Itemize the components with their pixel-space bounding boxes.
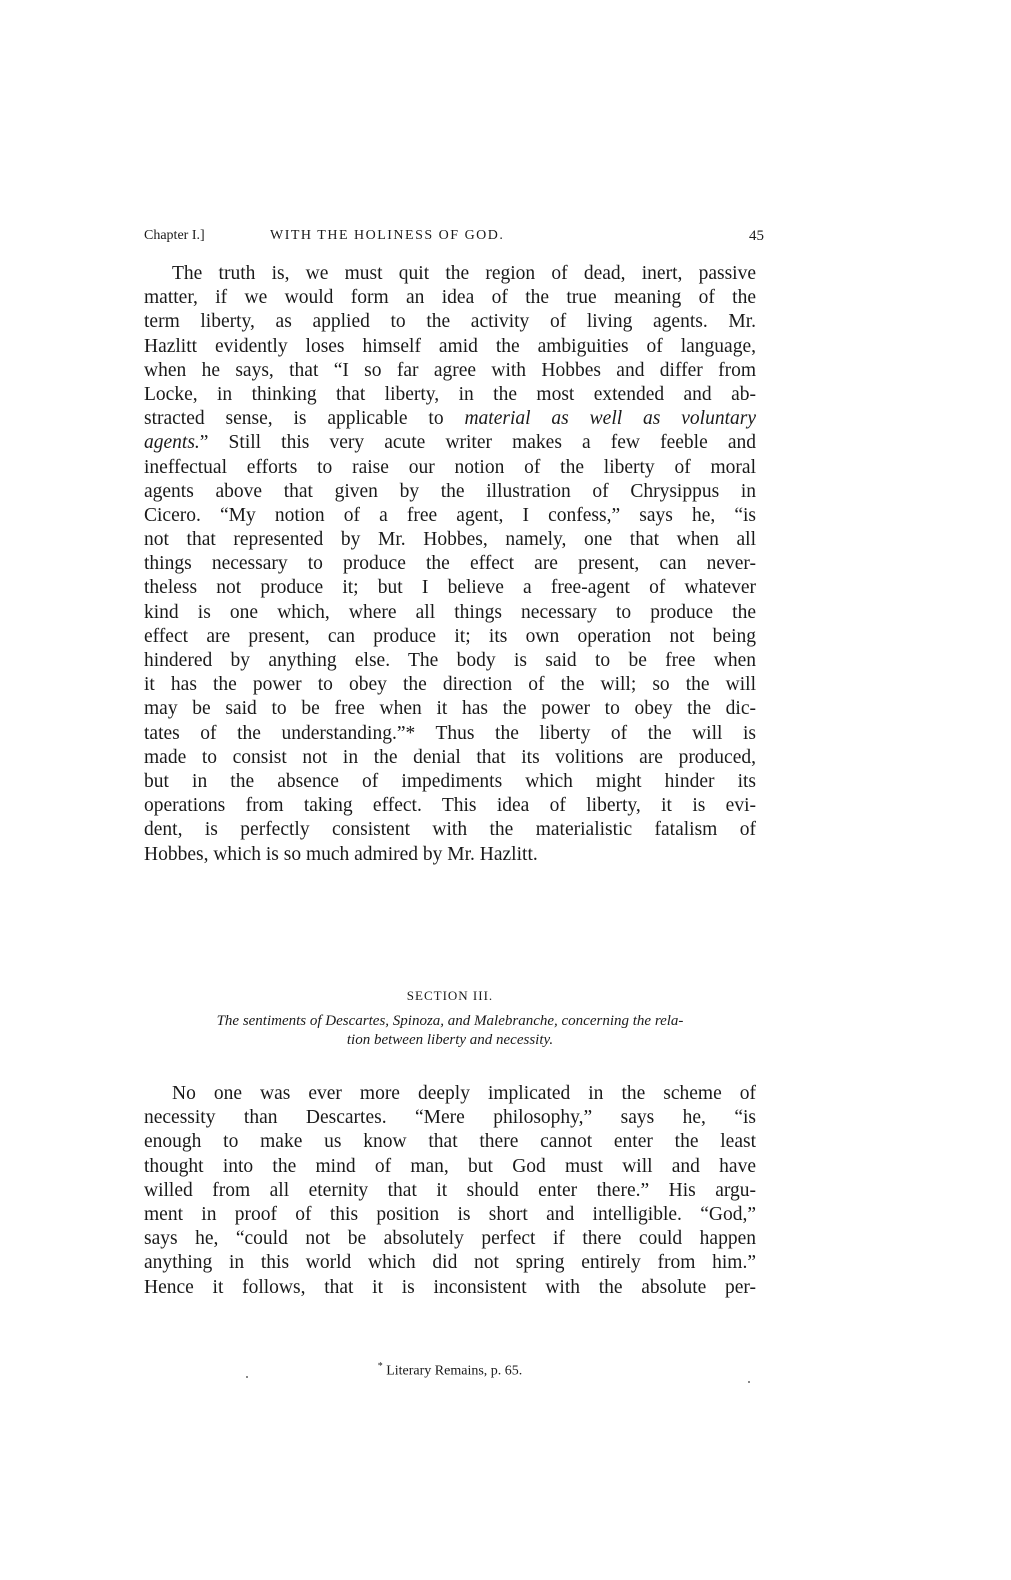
subtitle-line: The sentiments of Descartes, Spinoza, an… <box>144 1012 756 1031</box>
text-line: No one was ever more deeply implicated i… <box>144 1082 756 1106</box>
text-line: not that represented by Mr. Hobbes, name… <box>144 528 756 552</box>
text-line: things necessary to produce the effect a… <box>144 552 756 576</box>
section-heading: SECTION III. <box>144 988 756 1004</box>
text-line: Hence it follows, that it is inconsisten… <box>144 1276 756 1300</box>
italic-phrase: material as well as voluntary <box>464 408 756 429</box>
text-line: term liberty, as applied to the activity… <box>144 310 756 334</box>
footnote-text: Literary Remains, p. 65. <box>386 1364 522 1379</box>
text-line: theless not produce it; but I believe a … <box>144 576 756 600</box>
running-title: WITH THE HOLINESS OF GOD. <box>270 228 504 244</box>
text-line: agents above that given by the illustrat… <box>144 480 756 504</box>
text-line: when he says, that “I so far agree with … <box>144 359 756 383</box>
text-line: matter, if we would form an idea of the … <box>144 286 756 310</box>
text-line: made to consist not in the denial that i… <box>144 746 756 770</box>
text-line: enough to make us know that there cannot… <box>144 1130 756 1154</box>
text-line: necessity than Descartes. “Mere philosop… <box>144 1106 756 1130</box>
text-fragment: ” Still this very acute writer makes a f… <box>200 432 756 453</box>
text-line: thought into the mind of man, but God mu… <box>144 1155 756 1179</box>
text-line: ineffectual efforts to raise our notion … <box>144 456 756 480</box>
text-line: kind is one which, where all things nece… <box>144 601 756 625</box>
footnote-marker: * <box>378 1361 383 1372</box>
text-line: says he, “could not be absolutely perfec… <box>144 1227 756 1251</box>
page-number: 45 <box>749 228 764 245</box>
scan-speck <box>748 1381 750 1383</box>
text-line: anything in this world which did not spr… <box>144 1251 756 1275</box>
text-line: it has the power to obey the direction o… <box>144 673 756 697</box>
text-line: may be said to be free when it has the p… <box>144 697 756 721</box>
paragraph-1: The truth is, we must quit the region of… <box>144 262 756 867</box>
text-line: Hobbes, which is so much admired by Mr. … <box>144 843 756 867</box>
text-line: Cicero. “My notion of a free agent, I co… <box>144 504 756 528</box>
text-line: hindered by anything else. The body is s… <box>144 649 756 673</box>
subtitle-line: tion between liberty and necessity. <box>144 1031 756 1050</box>
text-line: tates of the understanding.”* Thus the l… <box>144 722 756 746</box>
paragraph-2: No one was ever more deeply implicated i… <box>144 1082 756 1300</box>
text-line: effect are present, can produce it; its … <box>144 625 756 649</box>
text-line: operations from taking effect. This idea… <box>144 794 756 818</box>
book-page: Chapter I.] WITH THE HOLINESS OF GOD. 45… <box>0 0 1011 1580</box>
italic-word: agents. <box>144 432 200 453</box>
text-line: willed from all eternity that it should … <box>144 1179 756 1203</box>
chapter-label: Chapter I.] <box>144 228 205 244</box>
text-line: dent, is perfectly consistent with the m… <box>144 818 756 842</box>
text-line: but in the absence of impediments which … <box>144 770 756 794</box>
section-subtitle: The sentiments of Descartes, Spinoza, an… <box>144 1012 756 1050</box>
text-line: Locke, in thinking that liberty, in the … <box>144 383 756 407</box>
text-line: stracted sense, is applicable to materia… <box>144 407 756 431</box>
text-line: The truth is, we must quit the region of… <box>144 262 756 286</box>
running-header: Chapter I.] WITH THE HOLINESS OF GOD. 45 <box>144 228 764 250</box>
text-fragment: stracted sense, is applicable to <box>144 408 464 429</box>
scan-speck <box>246 1376 248 1378</box>
text-line: ment in proof of this position is short … <box>144 1203 756 1227</box>
text-line: Hazlitt evidently loses himself amid the… <box>144 335 756 359</box>
footnote: * Literary Remains, p. 65. <box>144 1361 756 1380</box>
text-line: agents.” Still this very acute writer ma… <box>144 431 756 455</box>
